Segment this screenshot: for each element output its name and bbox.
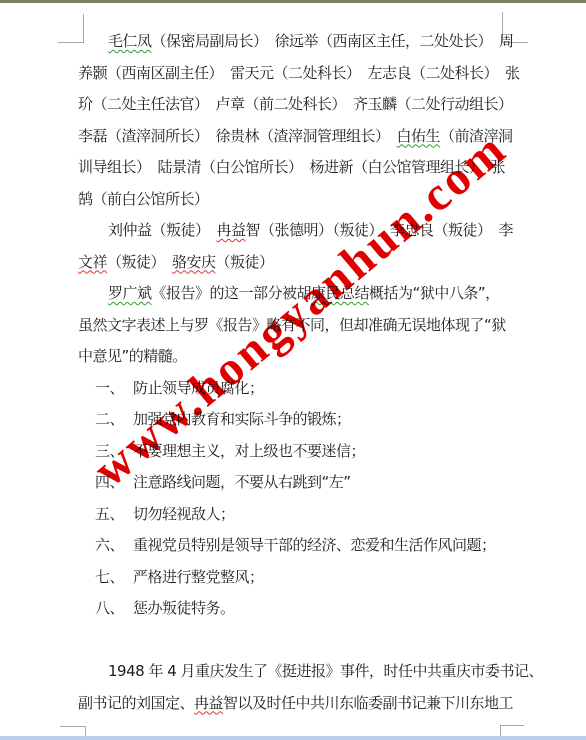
text-run: 养颢（西南区副主任） 雷天元（二处科长） 左志良（二处科长） 张	[78, 64, 520, 82]
blank-line	[78, 625, 530, 657]
text-run: 虽然文字表述上与罗《报告》略有不同，但却准确无误地体现了“狱	[78, 316, 506, 334]
list-item-number: 六、	[95, 536, 124, 554]
list-item: 八、惩办叛徒特务。	[78, 593, 530, 625]
text-line: 副书记的刘国定、冉益智以及时任中共川东临委副书记兼下川东地工	[78, 688, 530, 720]
window-bottom-edge	[0, 736, 586, 740]
list-item-text: 切勿轻视敌人；	[133, 505, 235, 523]
document-page: 毛仁凤（保密局副局长） 徐远举（西南区主任，二处处长） 周养颢（西南区副主任） …	[0, 0, 586, 740]
list-item-number: 七、	[95, 568, 124, 586]
list-item-text: 注意路线问题，不要从右跳到“左”	[133, 473, 351, 491]
text-run: （叛徒）	[107, 253, 172, 271]
list-item-number: 一、	[95, 379, 124, 397]
text-line: 李磊（渣滓洞所长） 徐贵林（渣滓洞管理组长） 白佑生（前渣滓洞	[78, 121, 530, 153]
list-item: 一、防止领导成员腐化；	[78, 373, 530, 405]
text-line: 1948 年 4 月重庆发生了《挺进报》事件，时任中共重庆市委书记、	[78, 656, 530, 688]
text-run: 玠（二处主任法官） 卢章（前二处科长） 齐玉麟（二处行动组长）	[78, 95, 513, 113]
spellcheck-red-word: 骆安庆	[172, 253, 216, 271]
list-item: 五、切勿轻视敌人；	[78, 499, 530, 531]
list-item: 二、加强党内教育和实际斗争的锻炼；	[78, 404, 530, 436]
spellcheck-red-word: 冉益	[194, 694, 223, 712]
list-item-text: 不要理想主义，对上级也不要迷信；	[133, 442, 365, 460]
list-item-text: 惩办叛徒特务。	[133, 599, 235, 617]
list-item-number: 五、	[95, 505, 124, 523]
text-run: （前渣滓洞	[440, 127, 513, 145]
text-run: 中意见”的精髓。	[78, 347, 187, 365]
list-item-text: 重视党员特别是领导干部的经济、恋爱和生活作风问题；	[133, 536, 496, 554]
text-line: 鹄（前白公馆所长）	[78, 184, 530, 216]
spellcheck-green-word: 罗广斌	[108, 284, 152, 302]
list-item: 六、重视党员特别是领导干部的经济、恋爱和生活作风问题；	[78, 530, 530, 562]
list-item-number: 四、	[95, 473, 124, 491]
text-run: 1948 年 4 月重庆发生了《挺进报》事件，时任中共重庆市委书记、	[108, 662, 543, 680]
text-run: 刘仲益（叛徒）	[108, 221, 217, 239]
spellcheck-green-word: 毛仁凤	[108, 32, 152, 50]
text-run: 智以及时任中共川东临委副书记兼下川东地工	[223, 694, 513, 712]
text-line: 毛仁凤（保密局副局长） 徐远举（西南区主任，二处处长） 周	[78, 26, 530, 58]
spellcheck-red-word: 文祥	[78, 253, 107, 271]
list-item: 七、严格进行整党整风；	[78, 562, 530, 594]
text-run: 副书记的刘国定、	[78, 694, 194, 712]
text-run: 《报告》的这一部分被胡	[152, 284, 312, 302]
list-item-text: 加强党内教育和实际斗争的锻炼；	[133, 410, 351, 428]
text-line: 玠（二处主任法官） 卢章（前二处科长） 齐玉麟（二处行动组长）	[78, 89, 530, 121]
list-item-number: 八、	[95, 599, 124, 617]
spellcheck-green-word: 康民总结	[311, 284, 369, 302]
text-run: 李磊（渣滓洞所长） 徐贵林（渣滓洞管理组长）	[78, 127, 397, 145]
text-line: 刘仲益（叛徒） 冉益智（张德明）（叛徒） 李忠良（叛徒） 李	[78, 215, 530, 247]
text-run: 概括为“狱中八条”，	[369, 284, 500, 302]
spellcheck-green-word: 白佑生	[397, 127, 441, 145]
list-item: 三、不要理想主义，对上级也不要迷信；	[78, 436, 530, 468]
window-top-edge	[0, 0, 586, 3]
text-line: 文祥（叛徒） 骆安庆（叛徒）	[78, 247, 530, 279]
text-line: 罗广斌《报告》的这一部分被胡康民总结概括为“狱中八条”，	[78, 278, 530, 310]
text-line: 训导组长） 陆景清（白公馆所长） 杨进新（白公馆管理组长） 张	[78, 152, 530, 184]
text-run: （保密局副局长） 徐远举（西南区主任，二处处长） 周	[152, 32, 514, 50]
text-line: 虽然文字表述上与罗《报告》略有不同，但却准确无误地体现了“狱	[78, 310, 530, 342]
spellcheck-red-word: 冉益	[217, 221, 246, 239]
list-item-number: 三、	[95, 442, 124, 460]
list-item: 四、注意路线问题，不要从右跳到“左”	[78, 467, 530, 499]
text-run: 训导组长） 陆景清（白公馆所长） 杨进新（白公馆管理组长） 张	[78, 158, 505, 176]
text-run: 鹄（前白公馆所长）	[78, 190, 209, 208]
list-item-number: 二、	[95, 410, 124, 428]
list-item-text: 严格进行整党整风；	[133, 568, 264, 586]
list-item-text: 防止领导成员腐化；	[133, 379, 264, 397]
text-run: 智（张德明）（叛徒） 李忠良（叛徒） 李	[246, 221, 514, 239]
text-line: 中意见”的精髓。	[78, 341, 530, 373]
text-line: 养颢（西南区副主任） 雷天元（二处科长） 左志良（二处科长） 张	[78, 58, 530, 90]
document-content: 毛仁凤（保密局副局长） 徐远举（西南区主任，二处处长） 周养颢（西南区副主任） …	[78, 26, 530, 719]
text-run: （叛徒）	[216, 253, 274, 271]
